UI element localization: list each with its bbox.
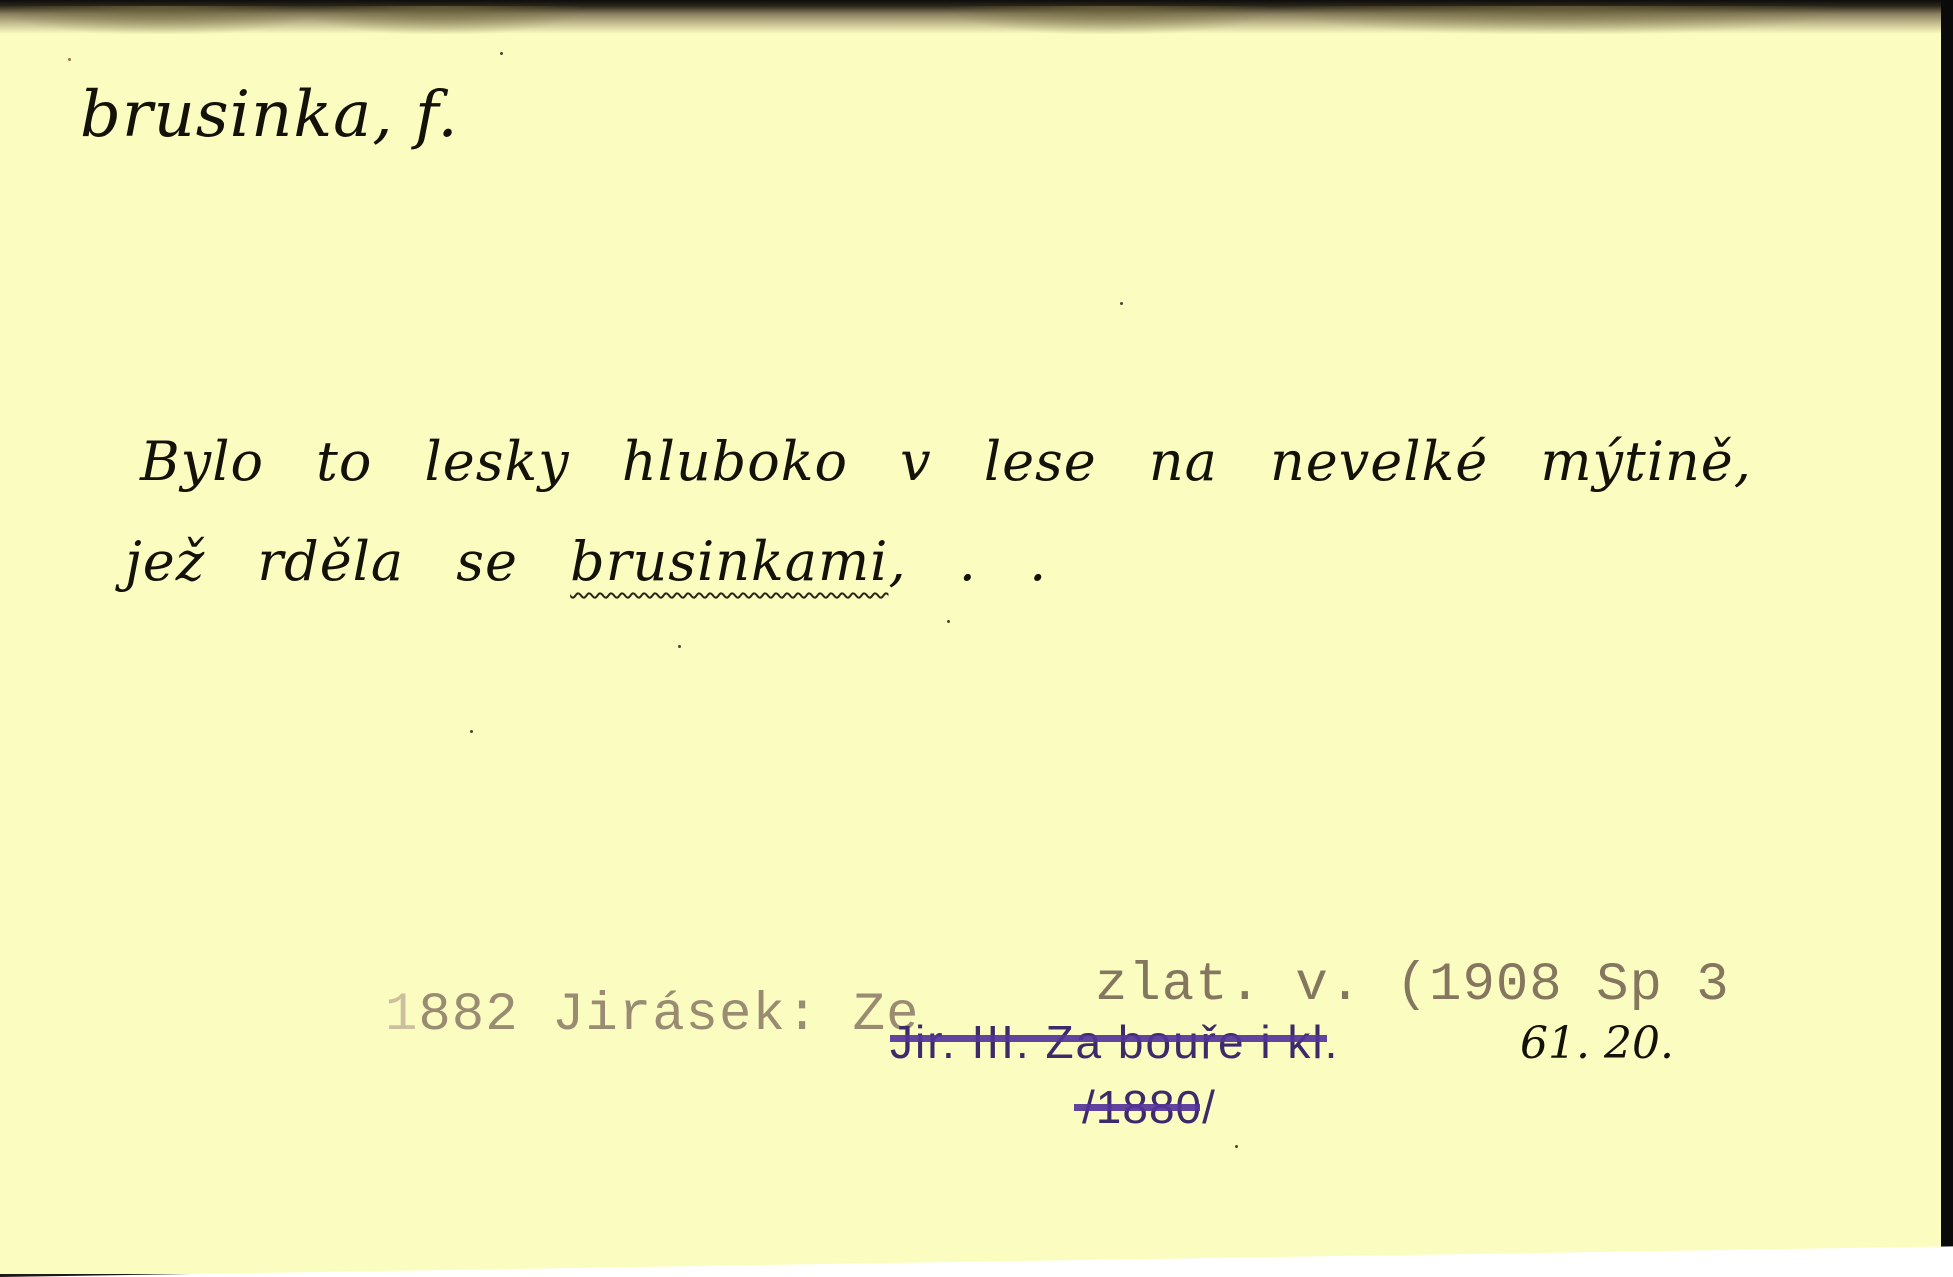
page-reference: 61. 20. — [1520, 1018, 1674, 1069]
struck-source-text: Jir. III. Za bouře i kl. — [890, 1016, 1339, 1068]
speck — [68, 58, 71, 61]
quote-line-1: Bylo to lesky hluboko v lese na nevelké … — [140, 430, 1752, 493]
speck — [678, 645, 681, 648]
quote-line-2: jež rděla se brusinkami, . . — [125, 530, 1047, 593]
strikethrough-line — [1074, 1104, 1200, 1111]
struck-source-line: Jir. III. Za bouře i kl. — [890, 1015, 1339, 1069]
quote-line-2-suffix: , . . — [888, 530, 1047, 593]
struck-source-year: /1880/ — [1082, 1080, 1216, 1134]
speck — [1120, 302, 1123, 305]
speck — [470, 730, 473, 733]
speck — [1235, 1145, 1238, 1148]
quote-keyword: brusinkami — [570, 530, 888, 593]
strikethrough-line — [890, 1035, 1327, 1042]
stain — [300, 6, 580, 34]
source-stamp-author: 1882 Jirásek: Ze — [385, 985, 920, 1046]
stamp-author-text: 882 Jirásek: Ze — [418, 985, 919, 1046]
card-right-edge — [1941, 0, 1953, 1250]
stain — [0, 6, 320, 34]
quote-line-2-prefix: jež rděla se — [125, 530, 518, 593]
stain — [1280, 6, 1840, 34]
speck — [947, 620, 950, 623]
stamp-faint-digit: 1 — [385, 985, 418, 1046]
index-card: brusinka, f. Bylo to lesky hluboko v les… — [0, 0, 1953, 1277]
headword: brusinka, f. — [80, 78, 459, 152]
stain — [950, 6, 1270, 34]
source-stamp-title: zlat. v. (1908 Sp 3 — [1095, 955, 1730, 1016]
speck — [500, 52, 503, 55]
